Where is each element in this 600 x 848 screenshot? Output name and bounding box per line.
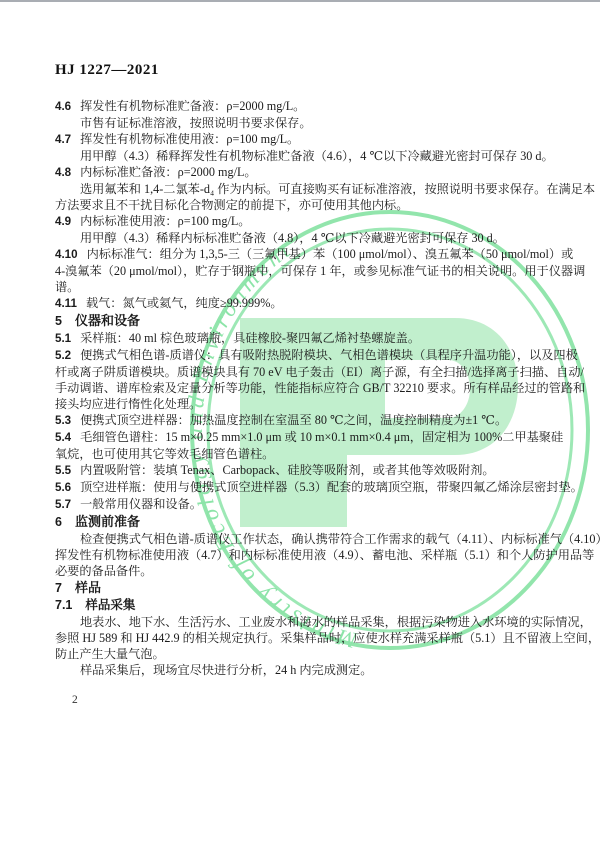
clause-number: 5.4 [55, 431, 71, 444]
text-line: 5仪器和设备 [55, 312, 550, 330]
text-line: 4.6挥发性有机物标准贮备液：ρ=2000 mg/L。 [55, 98, 550, 115]
text-line: 4.11载气：氮气或氦气，纯度≥99.999%。 [55, 295, 550, 312]
clause-text: 监测前准备 [75, 514, 140, 529]
text-line: 挥发性有机物标准使用液（4.7）和内标标准使用液（4.9）、蓄电池、采样瓶（5.… [55, 547, 550, 563]
clause-text: 便携式气相色谱-质谱仪：具有吸附热脱附模块、气相色谱模块（具程序升温功能），以及… [80, 348, 578, 362]
text-line: 5.4毛细管色谱柱：15 m×0.25 mm×1.0 μm 或 10 m×0.1… [55, 429, 550, 446]
clause-text: 内标标准贮备液：ρ=2000 mg/L。 [80, 165, 256, 179]
text-line: 4.8内标标准贮备液：ρ=2000 mg/L。 [55, 164, 550, 181]
clause-text: 4-溴氟苯（20 μmol/mol），贮存于钢瓶中，可保存 1 年，或参见标准气… [55, 264, 585, 278]
document-page: { "page": { "header": "HJ 1227—2021", "p… [0, 0, 600, 848]
clause-text: 用甲醇（4.3）稀释内标标准贮备液（4.8），4 ℃以下冷藏避光密封可保存 30… [80, 231, 505, 245]
clause-text: 挥发性有机物标准贮备液：ρ=2000 mg/L。 [80, 99, 305, 113]
text-line: 市售有证标准溶液，按照说明书要求保存。 [55, 115, 550, 131]
text-line: 检查便携式气相色谱-质谱仪工作状态，确认携带符合工作需求的载气（4.11）、内标… [55, 531, 550, 547]
text-line: 5.6顶空进样瓶：使用与便携式顶空进样器（5.3）配套的玻璃顶空瓶，带聚四氟乙烯… [55, 479, 550, 496]
text-line: 样品采集后，现场宜尽快进行分析，24 h 内完成测定。 [55, 662, 550, 678]
text-line: 4-溴氟苯（20 μmol/mol），贮存于钢瓶中，可保存 1 年，或参见标准气… [55, 263, 550, 279]
clause-text: 手动调谐、谱库检索及定量分析等功能，性能指标应符合 GB/T 32210 要求。… [55, 381, 585, 395]
clause-text: 方法要求且不干扰目标化合物测定的前提下，亦可使用其他内标。 [55, 198, 408, 212]
text-line: 7.1样品采集 [55, 597, 550, 614]
clause-number: 6 [55, 515, 62, 529]
clause-text: 便携式顶空进样器：加热温度控制在室温至 80 ℃之间，温度控制精度为±1 ℃。 [80, 413, 507, 427]
clause-text: 谱。 [55, 280, 79, 294]
text-line: 4.10内标标准气：组分为 1,3,5-三（三氟甲基）苯（100 μmol/mo… [55, 246, 550, 263]
clause-text: 参照 HJ 589 和 HJ 442.9 的相关规定执行。采集样品时，应使水样充… [55, 631, 600, 645]
clause-text: 内置吸附管：装填 Tenax、Carbopack、硅胶等吸附剂，或者其他等效吸附… [80, 463, 495, 477]
clause-number: 5.2 [55, 349, 71, 362]
clause-text: 选用氟苯和 1,4-二氯苯-d₄ 作为内标。可直接购买有证标准溶液，按照说明书要… [80, 182, 595, 196]
text-line: 选用氟苯和 1,4-二氯苯-d₄ 作为内标。可直接购买有证标准溶液，按照说明书要… [55, 181, 550, 197]
text-line: 5.7一般常用仪器和设备。 [55, 496, 550, 513]
text-line: 4.7挥发性有机物标准使用液：ρ=100 mg/L。 [55, 131, 550, 148]
clause-text: 一般常用仪器和设备。 [80, 497, 202, 511]
clause-number: 5.5 [55, 464, 71, 477]
clause-text: 接头均应进行惰性化处理。 [55, 397, 201, 411]
text-line: 接头均应进行惰性化处理。 [55, 396, 550, 412]
clause-number: 5.6 [55, 481, 71, 494]
document-body: 4.6挥发性有机物标准贮备液：ρ=2000 mg/L。 市售有证标准溶液，按照说… [0, 98, 600, 706]
clause-number: 5 [55, 314, 62, 328]
text-line: 谱。 [55, 279, 550, 295]
clause-text: 氧烷，也可使用其它等效毛细管色谱柱。 [55, 447, 274, 461]
clause-number: 5.1 [55, 332, 71, 345]
clause-text: 顶空进样瓶：使用与便携式顶空进样器（5.3）配套的玻璃顶空瓶，带聚四氟乙烯涂层密… [80, 480, 583, 494]
text-line: 7样品 [55, 579, 550, 597]
page-number: 2 [55, 694, 550, 706]
clause-text: 杆或离子阱质谱模块。质谱模块具有 70 eV 电子轰击（EI）离子源，有全扫描/… [55, 365, 584, 379]
clause-text: 市售有证标准溶液，按照说明书要求保存。 [80, 116, 312, 130]
text-line: 氧烷，也可使用其它等效毛细管色谱柱。 [55, 446, 550, 462]
document-lines: 4.6挥发性有机物标准贮备液：ρ=2000 mg/L。 市售有证标准溶液，按照说… [55, 98, 550, 678]
clause-text: 样品 [75, 580, 101, 595]
text-line: 5.2便携式气相色谱-质谱仪：具有吸附热脱附模块、气相色谱模块（具程序升温功能）… [55, 347, 550, 364]
text-line: 5.3便携式顶空进样器：加热温度控制在室温至 80 ℃之间，温度控制精度为±1 … [55, 412, 550, 429]
clause-text: 毛细管色谱柱：15 m×0.25 mm×1.0 μm 或 10 m×0.1 mm… [80, 430, 563, 444]
text-line: 用甲醇（4.3）稀释内标标准贮备液（4.8），4 ℃以下冷藏避光密封可保存 30… [55, 230, 550, 246]
text-line: 方法要求且不干扰目标化合物测定的前提下，亦可使用其他内标。 [55, 197, 550, 213]
clause-text: 仪器和设备 [75, 313, 140, 328]
clause-text: 必要的备品备件。 [55, 564, 153, 578]
clause-text: 样品采集后，现场宜尽快进行分析，24 h 内完成测定。 [80, 663, 373, 677]
clause-text: 检查便携式气相色谱-质谱仪工作状态，确认携带符合工作需求的载气（4.11）、内标… [80, 532, 600, 546]
clause-number: 4.10 [55, 248, 78, 261]
clause-text: 内标标准气：组分为 1,3,5-三（三氟甲基）苯（100 μmol/mol）、溴… [87, 247, 574, 261]
clause-number: 5.3 [55, 414, 71, 427]
clause-text: 防止产生大量气泡。 [55, 647, 165, 661]
clause-text: 样品采集 [85, 598, 135, 612]
text-line: 必要的备品备件。 [55, 563, 550, 579]
text-line: 4.9内标标准使用液：ρ=100 mg/L。 [55, 213, 550, 230]
clause-text: 用甲醇（4.3）稀释挥发性有机物标准贮备液（4.6），4 ℃以下冷藏避光密封可保… [80, 149, 554, 163]
clause-number: 7.1 [55, 598, 72, 612]
clause-text: 地表水、地下水、生活污水、工业废水和海水的样品采集，根据污染物进入水环境的实际情… [80, 615, 592, 629]
text-line: 防止产生大量气泡。 [55, 646, 550, 662]
clause-text: 挥发性有机物标准使用液（4.7）和内标标准使用液（4.9）、蓄电池、采样瓶（5.… [55, 548, 594, 562]
text-line: 5.5内置吸附管：装填 Tenax、Carbopack、硅胶等吸附剂，或者其他等… [55, 462, 550, 479]
text-line: 用甲醇（4.3）稀释挥发性有机物标准贮备液（4.6），4 ℃以下冷藏避光密封可保… [55, 148, 550, 164]
clause-number: 4.9 [55, 215, 71, 228]
page-header-code: HJ 1227—2021 [55, 62, 159, 79]
clause-number: 4.11 [55, 297, 77, 310]
clause-text: 采样瓶：40 ml 棕色玻璃瓶，具硅橡胶-聚四氟乙烯衬垫螺旋盖。 [80, 331, 420, 345]
clause-number: 7 [55, 581, 62, 595]
text-line: 6监测前准备 [55, 513, 550, 531]
clause-text: 挥发性有机物标准使用液：ρ=100 mg/L。 [80, 132, 299, 146]
clause-number: 4.6 [55, 100, 71, 113]
text-line: 参照 HJ 589 和 HJ 442.9 的相关规定执行。采集样品时，应使水样充… [55, 630, 550, 646]
clause-number: 4.8 [55, 166, 71, 179]
text-line: 地表水、地下水、生活污水、工业废水和海水的样品采集，根据污染物进入水环境的实际情… [55, 614, 550, 630]
clause-number: 4.7 [55, 133, 71, 146]
text-line: 杆或离子阱质谱模块。质谱模块具有 70 eV 电子轰击（EI）离子源，有全扫描/… [55, 364, 550, 380]
text-line: 5.1采样瓶：40 ml 棕色玻璃瓶，具硅橡胶-聚四氟乙烯衬垫螺旋盖。 [55, 330, 550, 347]
clause-number: 5.7 [55, 498, 71, 511]
clause-text: 内标标准使用液：ρ=100 mg/L。 [80, 214, 250, 228]
clause-text: 载气：氮气或氦气，纯度≥99.999%。 [86, 296, 283, 310]
text-line: 手动调谐、谱库检索及定量分析等功能，性能指标应符合 GB/T 32210 要求。… [55, 380, 550, 396]
